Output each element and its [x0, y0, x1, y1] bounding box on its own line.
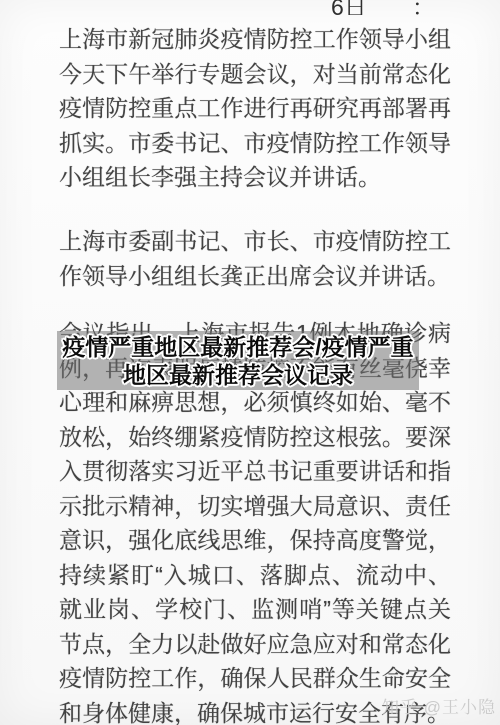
overlay-headline-line-1: 疫情严重地区最新推荐会/疫情严重 [62, 333, 413, 361]
article-paragraph-1: 上海市新冠肺炎疫情防控工作领导小组今天下午举行专题会议，对当前常态化疫情防控重点… [59, 22, 451, 195]
article-photo: 6日 ： 上海市新冠肺炎疫情防控工作领导小组今天下午举行专题会议，对当前常态化疫… [0, 0, 500, 725]
overlay-headline-band: 疫情严重地区最新推荐会/疫情严重 地区最新推荐会议记录 [57, 331, 419, 390]
article-paragraph-2: 上海市委副书记、市长、市疫情防控工作领导小组组长龚正出席会议并讲话。 [59, 224, 451, 293]
watermark: 知乎 @王小隐 [382, 693, 496, 718]
cutoff-fragment-date: 6日 [331, 0, 367, 15]
cutoff-fragment-colon: ： [412, 0, 435, 15]
cutoff-text-line: 6日 ： [0, 0, 500, 15]
overlay-headline-line-2: 地区最新推荐会议记录 [123, 361, 353, 389]
